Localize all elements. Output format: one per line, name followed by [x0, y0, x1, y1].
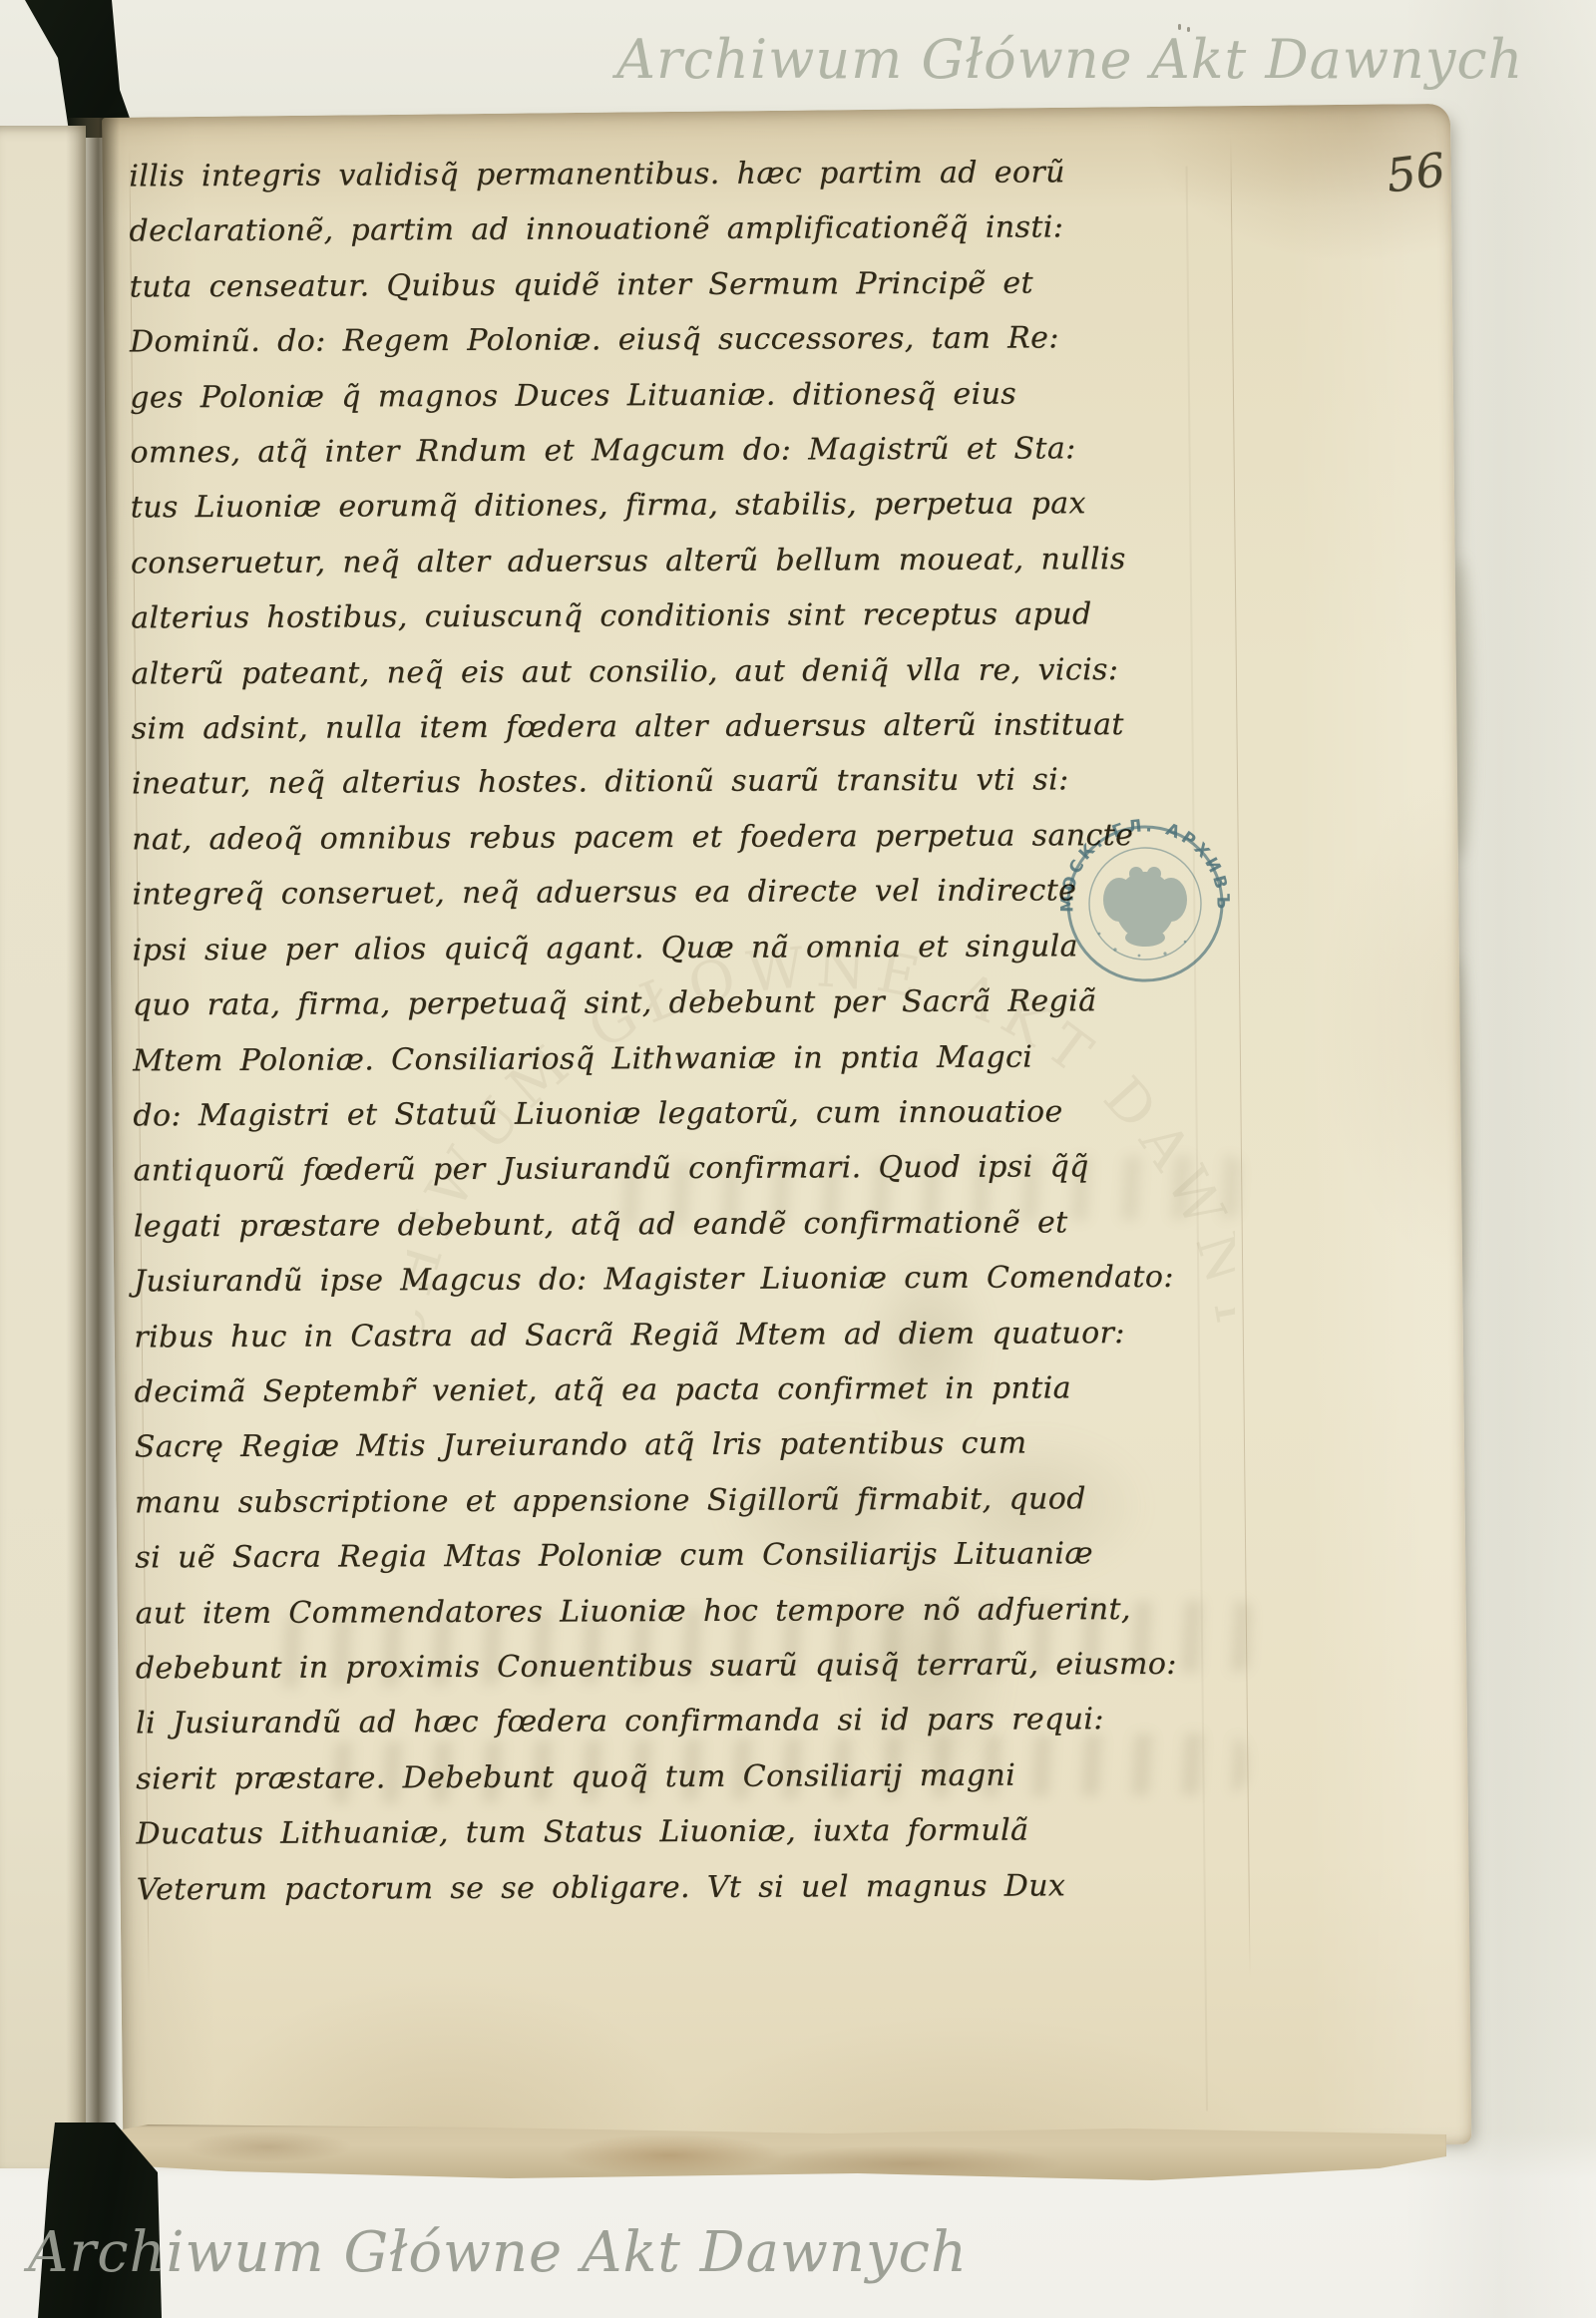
manuscript-line: tus Liuoniæ eorumq̃ ditiones, firma, sta…	[131, 476, 1243, 536]
manuscript-line: illis integris validisq̃ permanentibus. …	[129, 145, 1241, 204]
manuscript-line: aut item Commendatores Liuoniæ hoc tempo…	[135, 1581, 1247, 1641]
manuscript-line: alterius hostibus, cuiuscunq̃ conditioni…	[131, 586, 1243, 646]
manuscript-line: si uẽ Sacra Regia Mtas Poloniæ cum Consi…	[135, 1526, 1247, 1586]
manuscript-line: Ducatus Lithuaniæ, tum Status Liuoniæ, i…	[136, 1802, 1248, 1862]
facing-page-edge	[0, 126, 86, 2168]
manuscript-line: do: Magistri et Statuũ Liuoniæ legatorũ,…	[133, 1083, 1245, 1143]
archive-watermark-top: Archiwum Główne Akt Dawnych	[616, 28, 1523, 91]
archive-watermark-bottom: Archiwum Główne Akt Dawnych	[28, 2220, 968, 2285]
manuscript-line: legati præstare debebunt, atq̃ ad eandẽ …	[134, 1194, 1246, 1254]
folio-number: 56	[1384, 143, 1448, 203]
manuscript-line: conseruetur, neq̃ alter aduersus alterũ …	[131, 531, 1243, 590]
manuscript-line: manu subscriptione et appensione Sigillo…	[135, 1470, 1247, 1530]
manuscript-line: sim adsint, nulla item fœdera alter adue…	[132, 697, 1244, 757]
manuscript-line: sierit præstare. Debebunt quoq̃ tum Cons…	[136, 1746, 1248, 1806]
manuscript-line: ribus huc in Castra ad Sacrã Regiã Mtem …	[134, 1305, 1246, 1364]
manuscript-text-block: illis integris validisq̃ permanentibus. …	[129, 145, 1249, 1918]
page-stack-edge	[108, 2125, 1446, 2180]
manuscript-line: ges Poloniæ q̃ magnos Duces Lituaniæ. di…	[130, 365, 1242, 425]
manuscript-line: Mtem Poloniæ. Consiliariosq̃ Lithwaniæ i…	[133, 1028, 1245, 1088]
manuscript-line: Jusiurandũ ipse Magcus do: Magister Liuo…	[134, 1250, 1246, 1310]
manuscript-line: omnes, atq̃ inter Rndum et Magcum do: Ma…	[130, 421, 1242, 481]
manuscript-line: tuta censeatur. Quibus quidẽ inter Sermu…	[130, 254, 1242, 314]
manuscript-line: antiquorũ fœderũ per Jusiurandũ confirma…	[133, 1139, 1245, 1199]
manuscript-line: Dominũ. do: Regem Poloniæ. eiusq̃ succes…	[130, 310, 1242, 370]
manuscript-line: decimã Septembr̃ veniet, atq̃ ea pacta c…	[134, 1360, 1246, 1420]
manuscript-line: li Jusiurandũ ad hæc fœdera confirmanda …	[136, 1692, 1248, 1751]
manuscript-line: alterũ pateant, neq̃ eis aut consilio, a…	[131, 641, 1243, 701]
stamp-eagle-emblem	[1103, 867, 1187, 947]
manuscript-line: Sacrę Regiæ Mtis Jureiurando atq̃ lris p…	[135, 1415, 1247, 1475]
archive-stamp: МОСК. ГЛ. АРХИВЪ	[1045, 804, 1245, 1003]
ink-specks	[1178, 24, 1198, 36]
manuscript-line: debebunt in proximis Conuentibus suarũ q…	[136, 1637, 1248, 1697]
manuscript-scan: ARCHIWUM GŁÓWNE AKT DAWNYCH illis integr…	[0, 0, 1596, 2318]
manuscript-line: declarationẽ, partim ad innouationẽ ampl…	[129, 199, 1241, 259]
manuscript-line: Veterum pactorum se se obligare. Vt si u…	[137, 1857, 1249, 1917]
